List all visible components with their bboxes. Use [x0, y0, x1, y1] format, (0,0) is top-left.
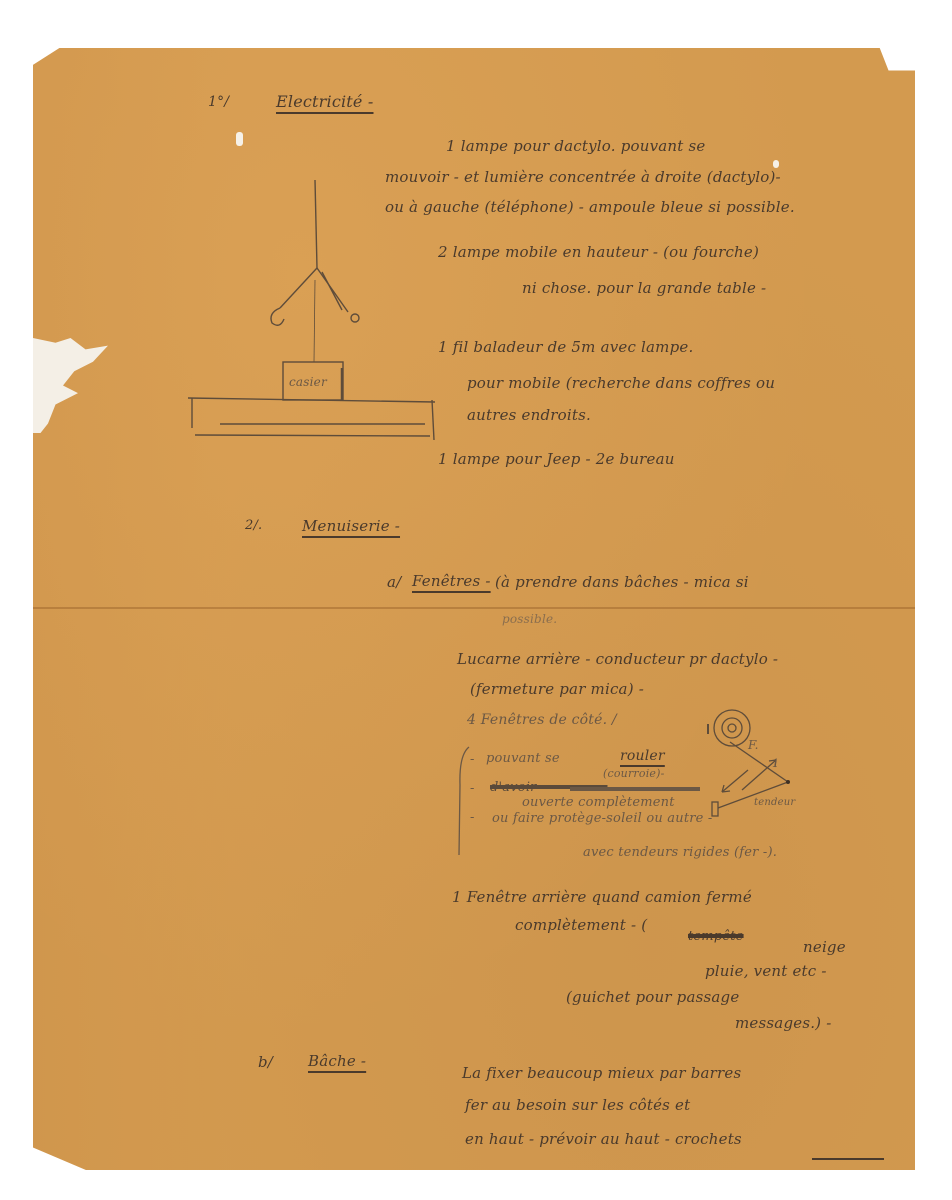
- lamp-sketch: [180, 170, 450, 450]
- bullet-text: ouverte complètement: [522, 795, 675, 810]
- subsection-title: Fenêtres -: [412, 572, 491, 590]
- item-line: autres endroits.: [467, 406, 591, 424]
- item-line: 1 fil baladeur de 5m avec lampe.: [438, 338, 693, 356]
- bache-line: La fixer beaucoup mieux par barres: [462, 1064, 741, 1082]
- crochets-underline: [812, 1158, 884, 1160]
- subsection-label: b/: [258, 1053, 273, 1071]
- bullet-dash: -: [470, 810, 475, 825]
- paper-hole: [236, 132, 243, 146]
- rear-window-line: (guichet pour passage: [566, 988, 739, 1006]
- arrow-number: 1: [772, 757, 779, 770]
- bache-line: en haut - prévoir au haut - crochets: [465, 1130, 742, 1148]
- item-line: pour mobile (recherche dans coffres ou: [467, 374, 775, 392]
- section-title: Menuiserie -: [302, 517, 400, 535]
- rear-window-line: messages.) -: [735, 1014, 831, 1032]
- lucarne-line: (fermeture par mica) -: [470, 680, 644, 698]
- rear-window-line: 1 Fenêtre arrière quand camion fermé: [452, 888, 752, 906]
- paper-sheet: [33, 48, 915, 1170]
- item-line: 1 lampe pour dactylo. pouvant se: [446, 137, 705, 155]
- fold-line: [33, 607, 915, 609]
- subsection-intro: (à prendre dans bâches - mica si: [495, 573, 749, 591]
- rear-window-line: pluie, vent etc -: [705, 962, 827, 980]
- bache-line: fer au besoin sur les côtés et: [465, 1096, 690, 1114]
- bullet-dash: -: [470, 781, 475, 796]
- subsection-intro-cont: possible.: [502, 612, 557, 626]
- bullet-dash: -: [470, 752, 475, 767]
- item-line: 1 lampe pour Jeep - 2e bureau: [438, 450, 675, 468]
- section-number: 2/.: [245, 518, 262, 533]
- item-line: ni chose. pour la grande table -: [522, 279, 766, 297]
- side-windows-tail: avec tendeurs rigides (fer -).: [583, 845, 777, 860]
- section-title: Electricité -: [276, 92, 374, 111]
- bullet-text: ou faire protège-soleil ou autre -: [492, 811, 713, 826]
- subsection-title: Bâche -: [308, 1052, 366, 1070]
- item-line: 2 lampe mobile en hauteur - (ou fourche): [438, 243, 759, 261]
- tendeur-label: tendeur: [754, 797, 795, 808]
- paper-hole: [773, 160, 779, 168]
- bullet-note: (courroie)-: [603, 767, 665, 780]
- bullet-text: pouvant se: [486, 751, 560, 766]
- section-number: 1°/: [208, 94, 229, 110]
- rear-window-line: complètement - (: [515, 916, 647, 934]
- casier-label: casier: [289, 375, 327, 389]
- subsection-label: a/: [387, 573, 401, 591]
- bullet-replaced: rouler: [620, 748, 665, 764]
- lucarne-line: Lucarne arrière - conducteur pr dactylo …: [457, 650, 778, 668]
- strike-bar: [570, 787, 700, 791]
- rear-window-line: neige: [803, 938, 846, 956]
- force-label: F.: [748, 738, 759, 752]
- struck-word: tempête: [688, 929, 744, 944]
- side-windows-heading: 4 Fenêtres de côté. /: [467, 712, 617, 728]
